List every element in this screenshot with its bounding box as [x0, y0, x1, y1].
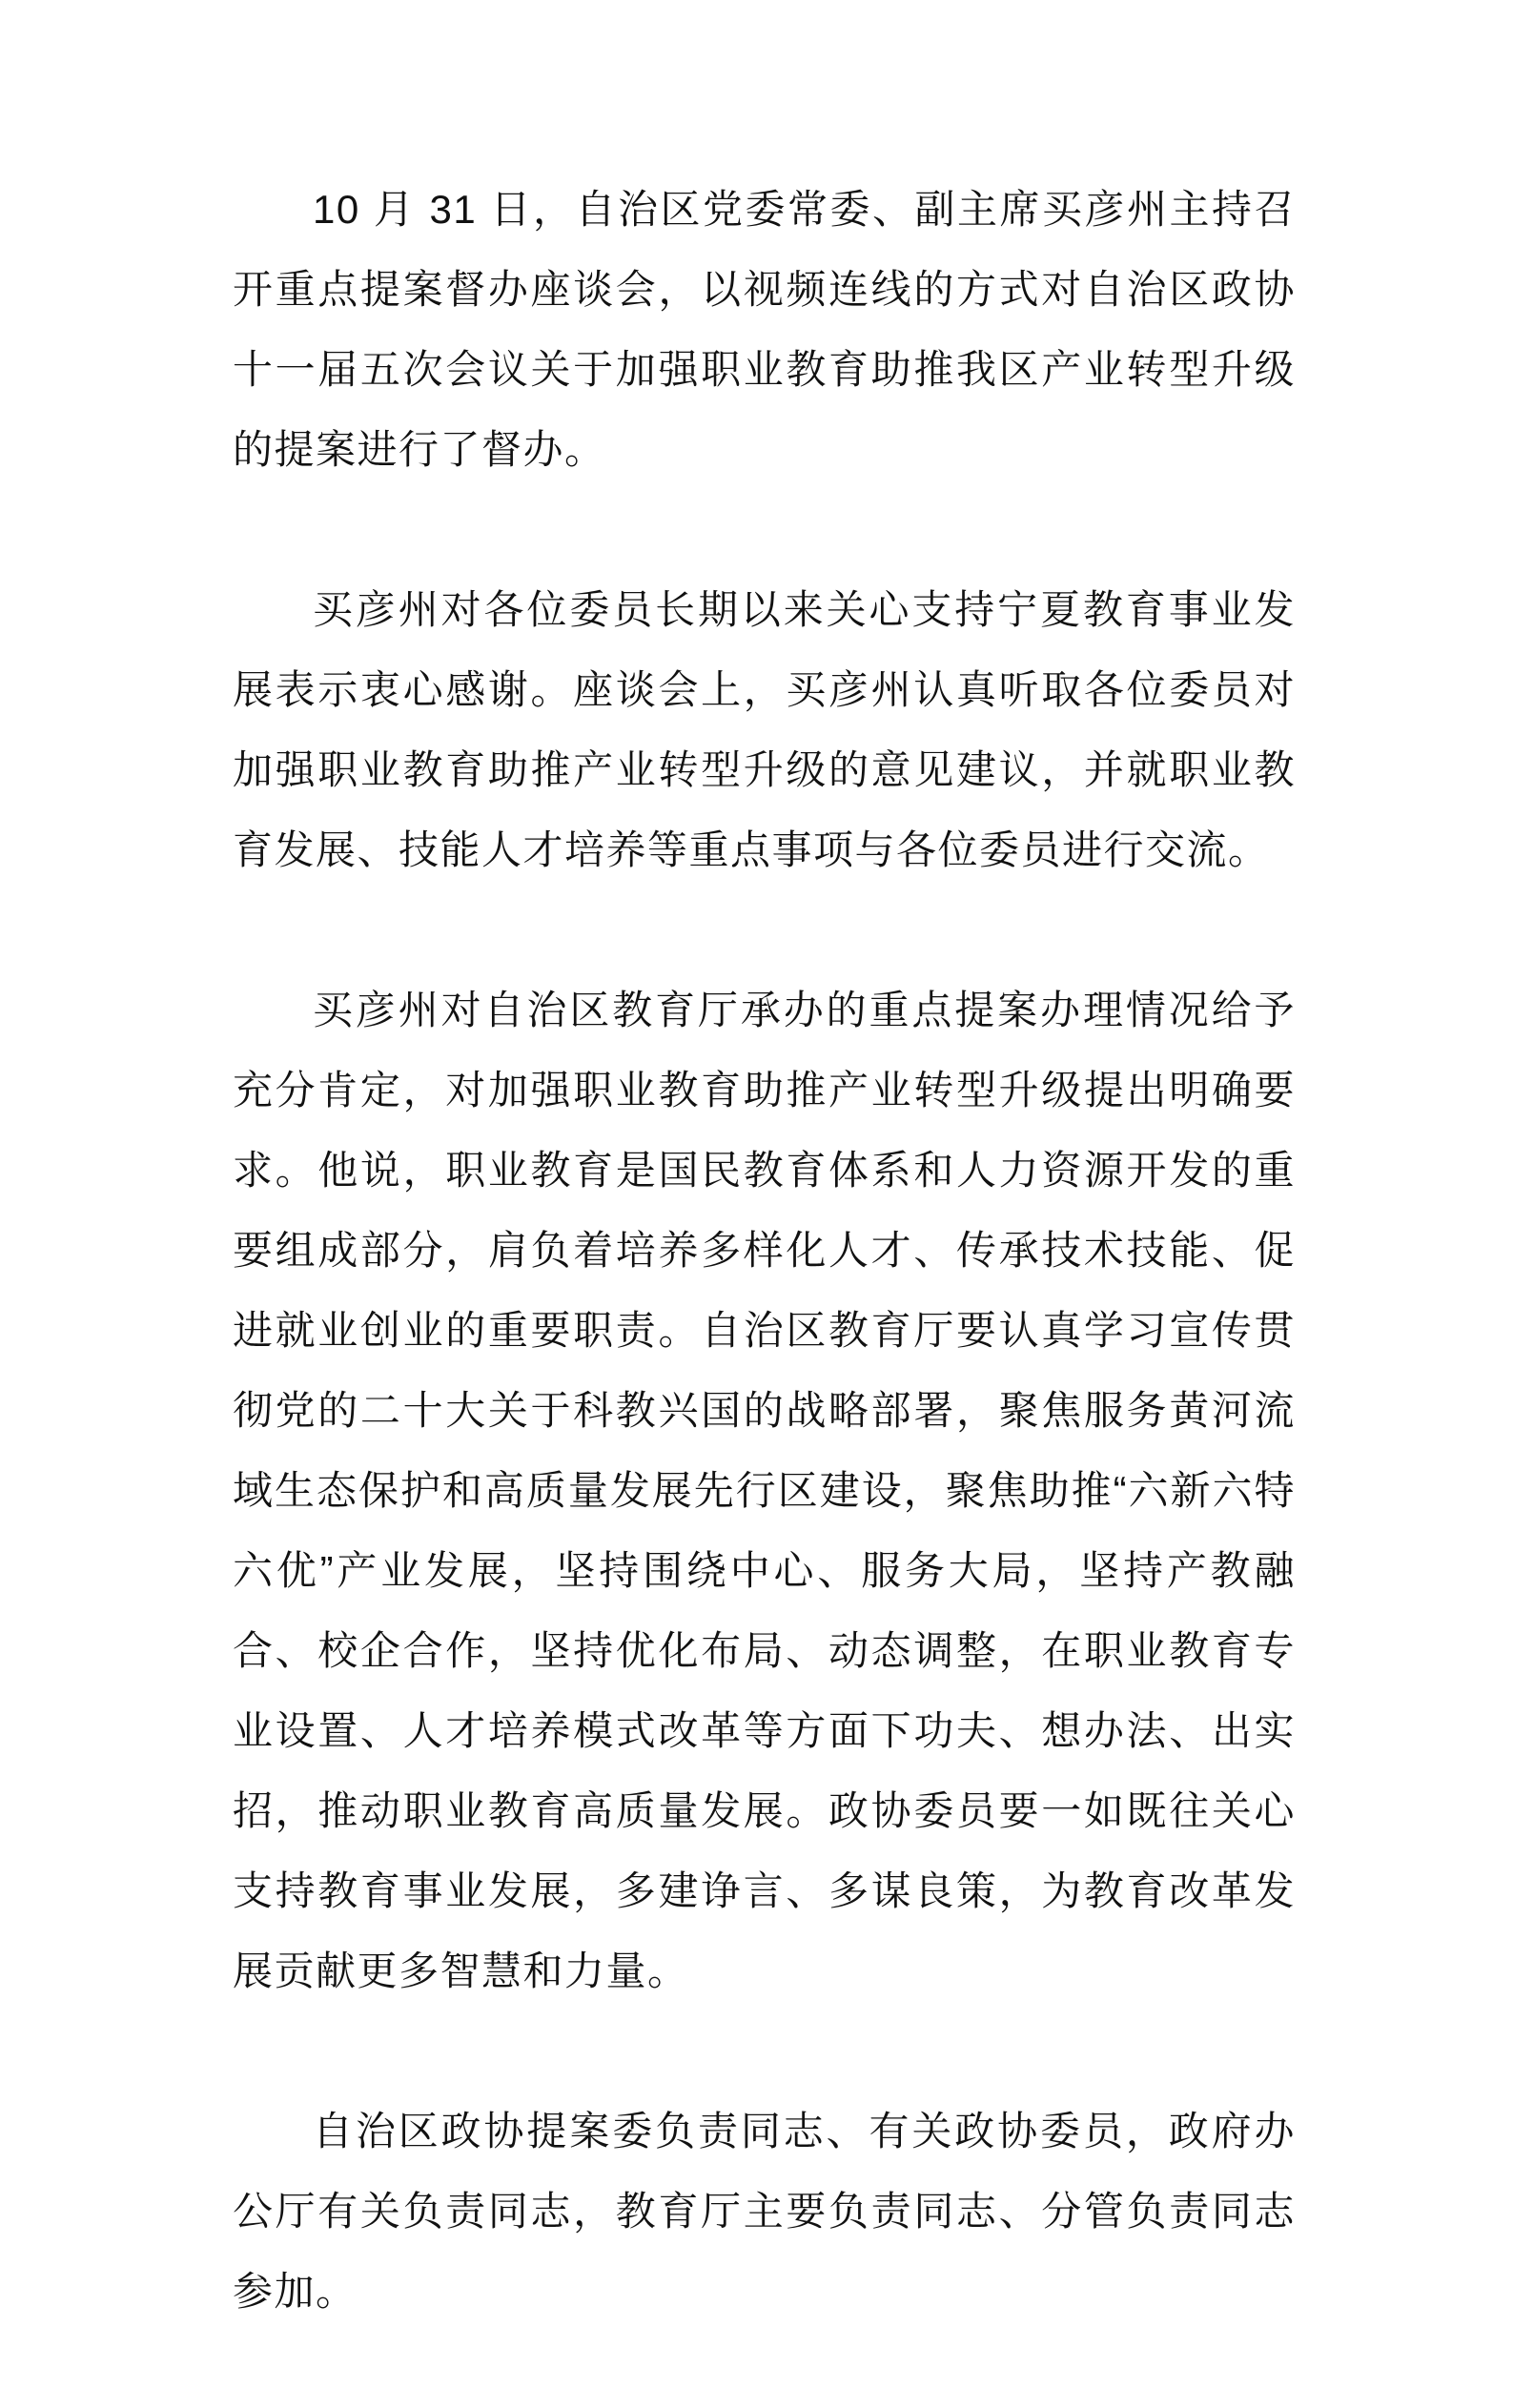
paragraph-attendees: 自治区政协提案委负责同志、有关政协委员，政府办公厅有关负责同志，教育厅主要负责同…	[233, 2092, 1296, 2332]
paragraph-thanks-and-listening: 买彦州对各位委员长期以来关心支持宁夏教育事业发展表示衷心感谢。座谈会上，买彦州认…	[233, 570, 1296, 890]
paragraph-meeting-intro: 10 月 31 日，自治区党委常委、副主席买彦州主持召开重点提案督办座谈会，以视…	[233, 170, 1296, 490]
paragraph-requirements: 买彦州对自治区教育厅承办的重点提案办理情况给予充分肯定，对加强职业教育助推产业转…	[233, 970, 1296, 2011]
document-page: 10 月 31 日，自治区党委常委、副主席买彦州主持召开重点提案督办座谈会，以视…	[0, 0, 1513, 2408]
